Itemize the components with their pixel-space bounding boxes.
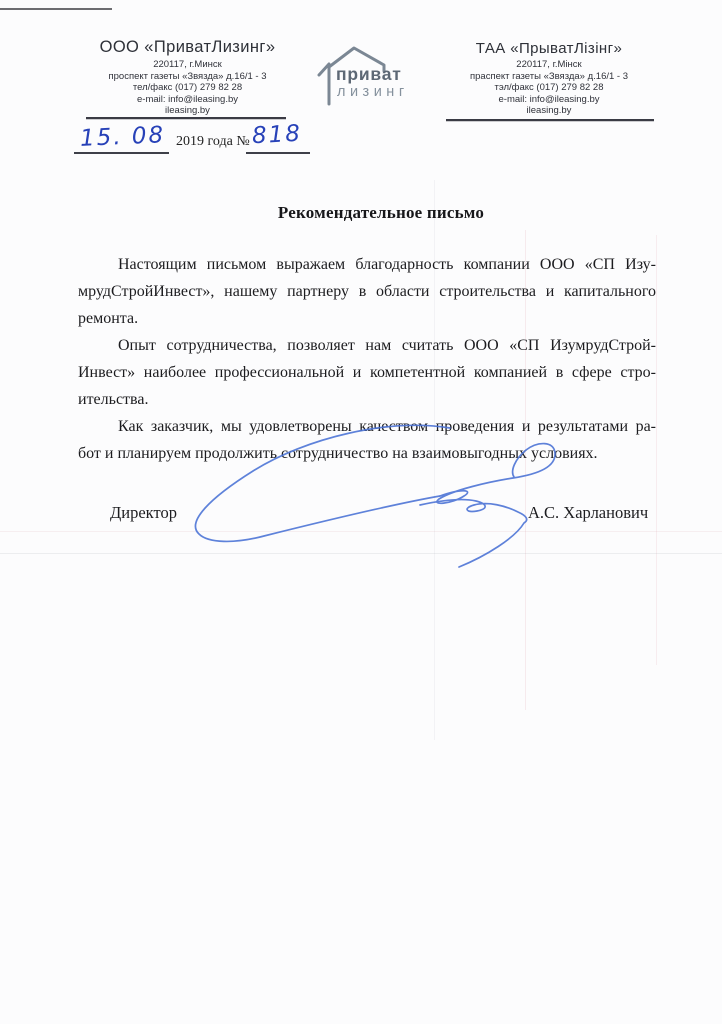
logo-word-privat: приват	[336, 64, 402, 85]
handwritten-signature	[158, 416, 570, 574]
body-line: Настоящим письмом выражаем благодарность…	[78, 251, 656, 278]
body-line: мрудСтройИнвест», нашему партнеру в обла…	[78, 278, 656, 305]
website: ileasing.by	[438, 105, 660, 117]
company-logo: приват лизинг	[316, 44, 434, 108]
body-line: ительства.	[78, 386, 656, 413]
date-underline	[74, 152, 169, 154]
address-street: праспект газеты «Звязда» д.16/1 - 3	[438, 71, 660, 83]
address-street: проспект газеты «Звязда» д.16/1 - 3	[80, 71, 295, 83]
address-postcode-city: 220117, г.Минск	[80, 59, 295, 71]
logo-word-leasing: лизинг	[337, 84, 409, 100]
company-name-ru: ООО «ПриватЛизинг»	[80, 38, 295, 57]
company-name-by: ТАА «ПрыватЛізінг»	[438, 40, 660, 57]
email: e-mail: info@ileasing.by	[80, 94, 295, 106]
letterhead-rule-right	[446, 119, 654, 121]
address-postcode-city: 220117, г.Мінск	[438, 59, 660, 71]
phone-fax: тэл/факс (017) 279 82 28	[438, 82, 660, 94]
letterhead-right: ТАА «ПрыватЛізінг» 220117, г.Мінск прасп…	[438, 40, 660, 117]
printed-date-label: 2019 года №	[176, 134, 250, 150]
body-line: ремонта.	[78, 305, 656, 332]
letterhead-rule-left	[86, 117, 286, 119]
letterhead-left: ООО «ПриватЛизинг» 220117, г.Минск просп…	[80, 38, 295, 117]
body-line: Инвест» наиболее профессиональной и комп…	[78, 359, 656, 386]
handwritten-date: 15. 08	[79, 122, 165, 152]
website: ileasing.by	[80, 105, 295, 117]
email: e-mail: info@ileasing.by	[438, 94, 660, 106]
number-underline	[246, 152, 310, 154]
scan-streak	[656, 235, 657, 665]
handwritten-doc-number: 818	[251, 121, 302, 150]
document-title: Рекомендательное письмо	[92, 203, 670, 223]
scanned-letter-page: ООО «ПриватЛизинг» 220117, г.Минск просп…	[0, 0, 722, 1024]
phone-fax: тел/факс (017) 279 82 28	[80, 82, 295, 94]
body-line: Опыт сотрудничества, позволяет нам счита…	[78, 332, 656, 359]
scan-edge-artifact	[0, 8, 112, 10]
